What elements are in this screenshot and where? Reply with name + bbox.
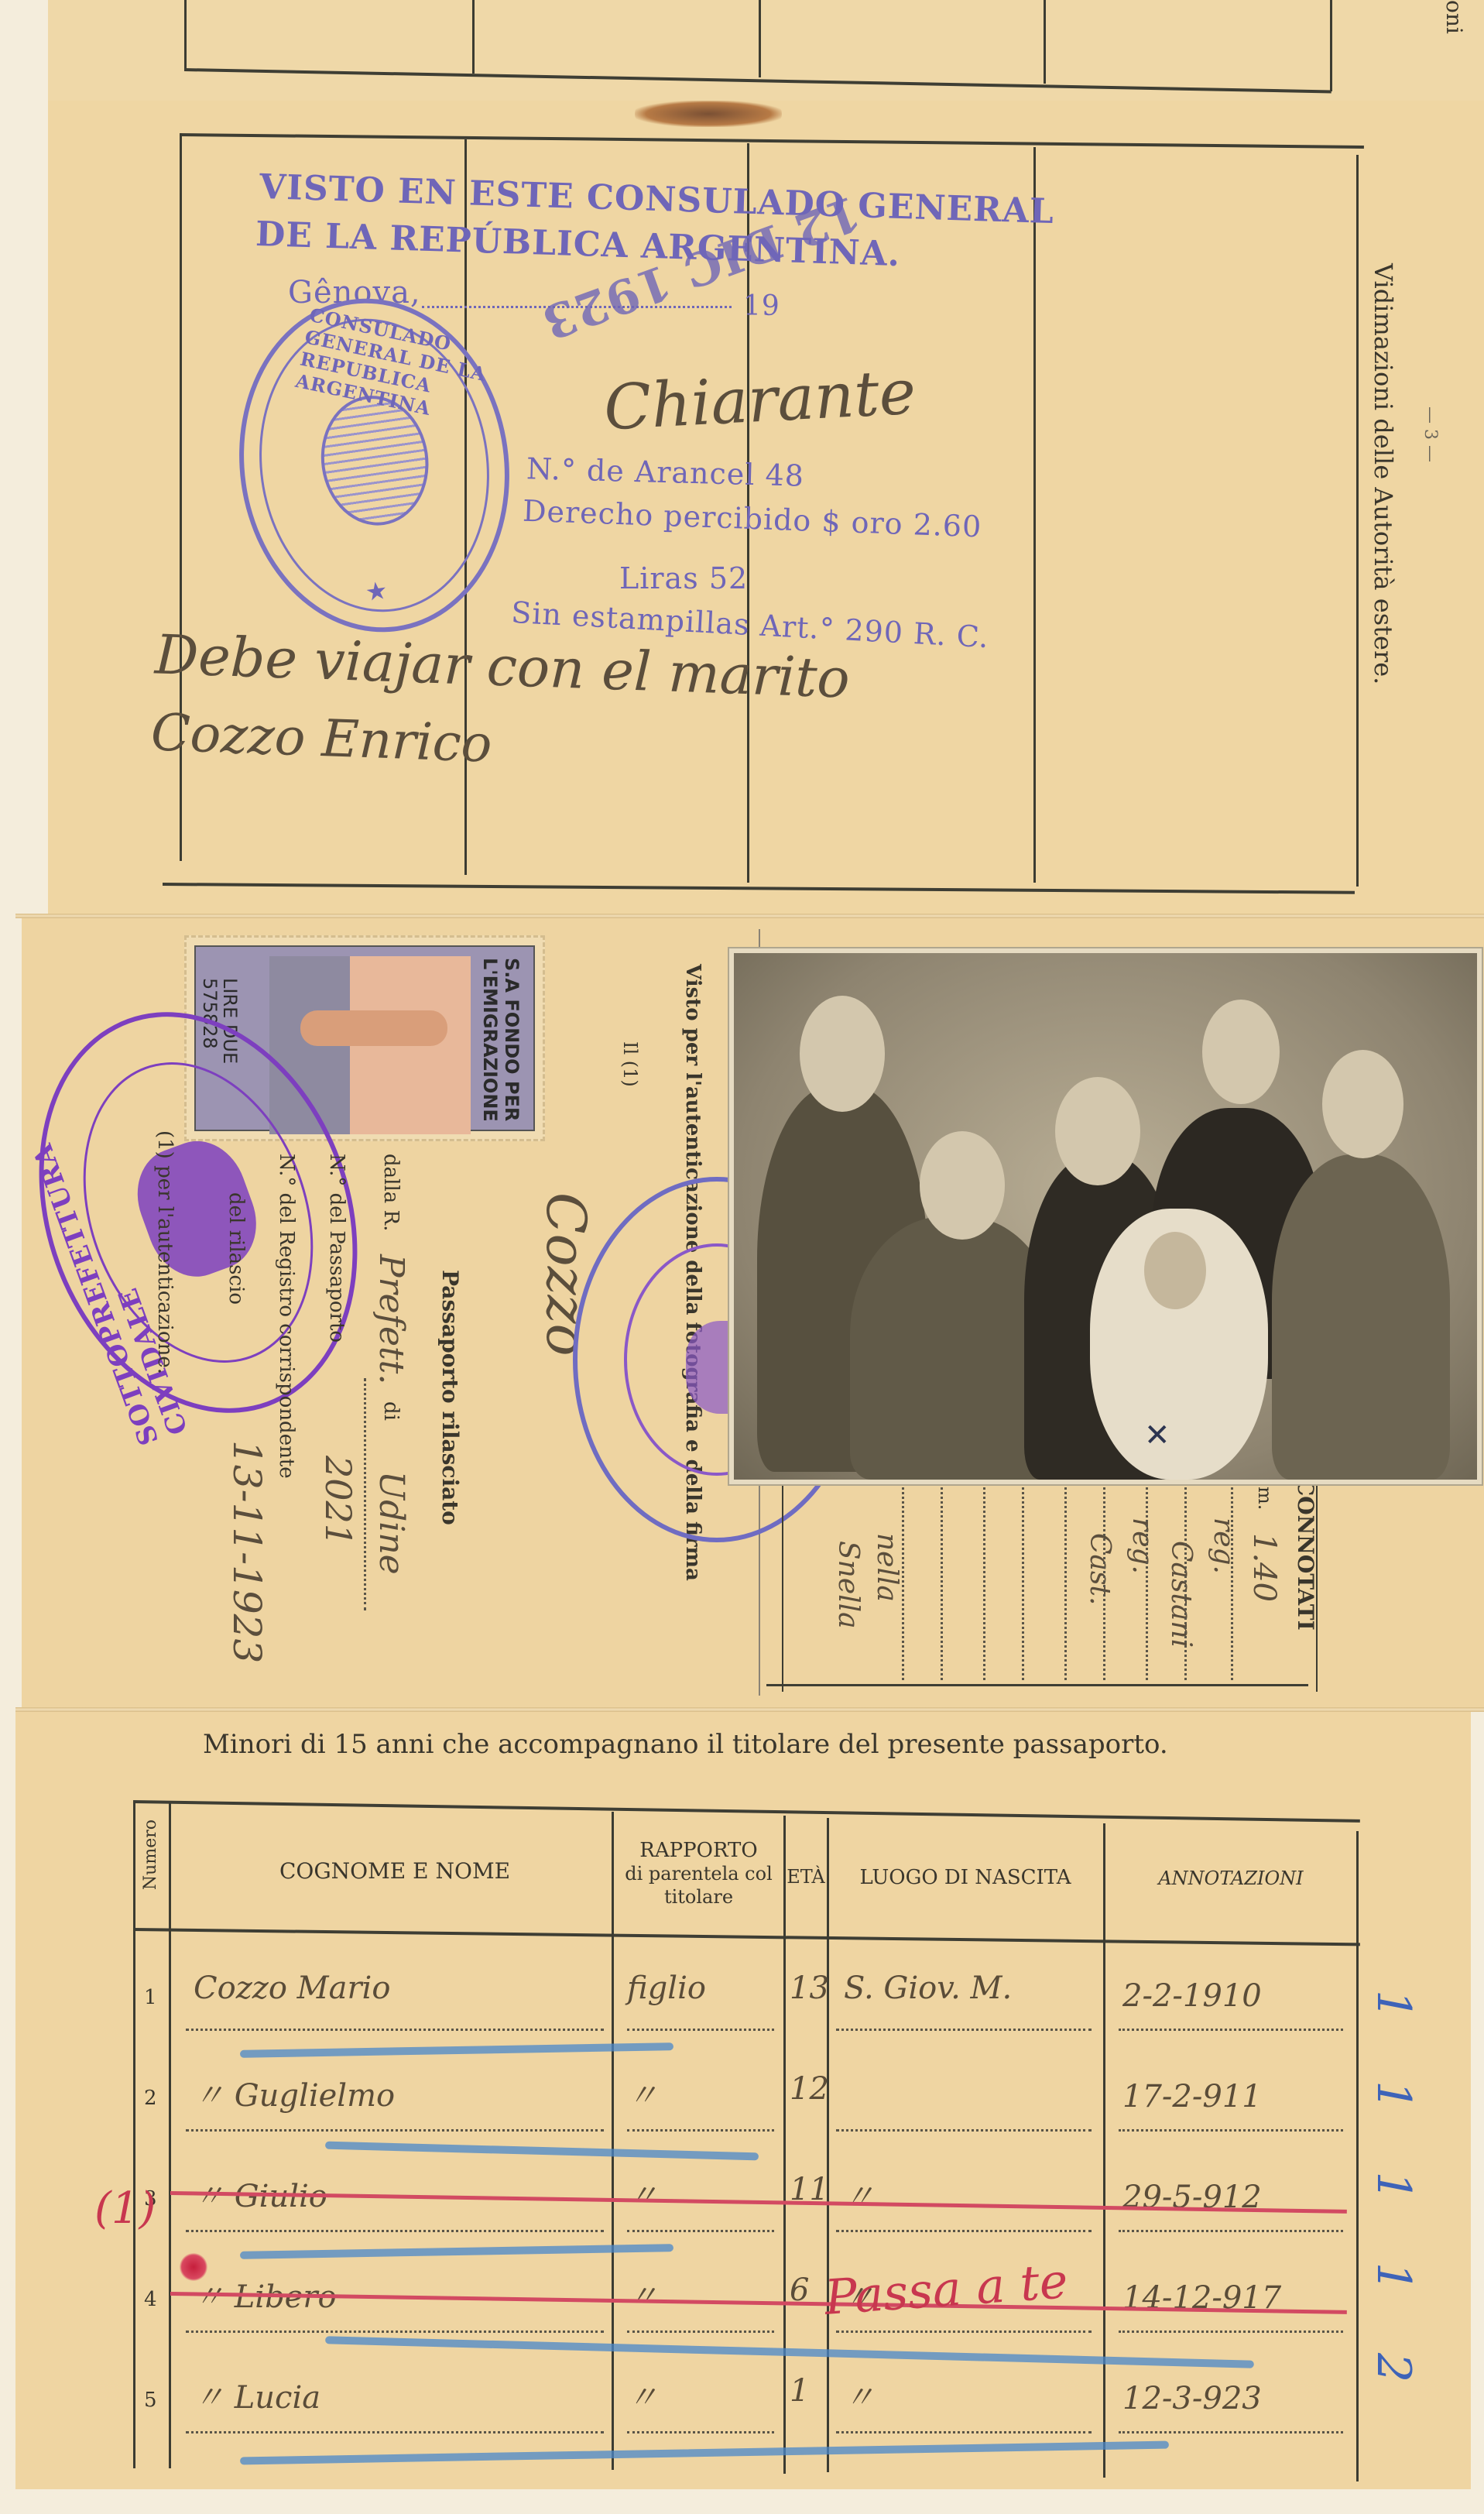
- field-line: [364, 1378, 366, 1610]
- page-fold: [15, 914, 1484, 918]
- cell-nome: Cozzo Mario: [194, 1970, 390, 2006]
- dalla-label: dalla R.: [379, 1154, 403, 1231]
- table-rule: [612, 1812, 614, 2470]
- star-icon: ★: [365, 577, 388, 605]
- person-head: [1322, 1050, 1403, 1158]
- row-dotted-line: [627, 2230, 774, 2232]
- field-line: [1022, 1479, 1024, 1680]
- row-dotted-line: [1119, 2331, 1343, 2333]
- connotati-row: nella: [871, 1533, 903, 1602]
- section-title-partial: oni: [1441, 0, 1467, 34]
- rilascio-label: del rilascio: [224, 1192, 248, 1305]
- registro-label: N.° del Registro corrispondente: [275, 1154, 298, 1479]
- cell-data: 2-2-1910: [1122, 1978, 1262, 2014]
- row-dotted-line: [1119, 2431, 1343, 2433]
- autenticazione-label: (1) per l'autenticazione.: [153, 1130, 177, 1374]
- field-line: [902, 1479, 904, 1680]
- baby-head: [1144, 1232, 1206, 1309]
- table-rule: [169, 1802, 171, 2468]
- cell-nome: 〃 Guglielmo: [194, 2071, 395, 2115]
- il-label: Il (1): [619, 1041, 641, 1087]
- person-head: [800, 996, 885, 1112]
- table-rule: [783, 1816, 786, 2474]
- minors-table-title: Minori di 15 anni che accompagnano il ti…: [203, 1729, 1168, 1760]
- column-header-numero: Numero: [141, 1819, 160, 1890]
- row-dotted-line: [186, 2230, 604, 2232]
- rapporto-title: RAPPORTO: [615, 1839, 782, 1862]
- person-head: [920, 1131, 1005, 1240]
- cell-eta: 12: [790, 2071, 829, 2107]
- table-rule: [1033, 147, 1036, 883]
- derecho-value: 2.60: [913, 507, 982, 544]
- row-number: 2: [144, 2087, 157, 2110]
- cell-data: 12-3-923: [1122, 2381, 1262, 2416]
- cell-luogo: 〃: [844, 2373, 875, 2417]
- cell-nome: 〃 Lucia: [194, 2373, 320, 2417]
- connotati-heading: CONNOTATI: [1293, 1479, 1318, 1631]
- visa-year-prefix: 19: [743, 290, 780, 322]
- row-dotted-line: [1119, 2029, 1343, 2031]
- column-header-luogo: LUOGO DI NASCITA: [830, 1866, 1101, 1889]
- row-dotted-line: [836, 2431, 1092, 2433]
- handwritten-note-line-2: Cozzo Enrico: [150, 702, 493, 773]
- liras-value: 52: [709, 561, 748, 595]
- row-dotted-line: [836, 2129, 1092, 2132]
- connotati-row: Snella: [832, 1541, 864, 1629]
- row-dotted-line: [186, 2331, 604, 2333]
- page-number: — 3 —: [1421, 406, 1440, 462]
- previous-page-strip: [48, 0, 1484, 101]
- cell-eta: 13: [790, 1970, 829, 2006]
- red-ink-blot: [180, 2253, 207, 2281]
- statura-label: m.: [1254, 1487, 1276, 1510]
- table-rule: [1330, 0, 1332, 91]
- di-value: Udine: [372, 1471, 411, 1575]
- arancel-value: 48: [765, 458, 804, 492]
- row-dotted-line: [186, 2431, 604, 2433]
- person-head: [1202, 1000, 1280, 1104]
- row-dotted-line: [186, 2129, 604, 2132]
- row-dotted-line: [186, 2029, 604, 2031]
- di-label: di: [379, 1401, 403, 1421]
- connotati-row: reg.: [1126, 1518, 1158, 1574]
- connotati-row: reg.: [1208, 1518, 1239, 1574]
- column-header-nome: COGNOME E NOME: [178, 1858, 612, 1884]
- rapporto-subtitle: di parentela col titolare: [615, 1862, 782, 1909]
- column-header-eta: ETÀ: [786, 1866, 826, 1888]
- page-fold: [15, 1707, 1484, 1712]
- cell-eta: 1: [790, 2373, 809, 2409]
- cell-rapporto: 〃: [627, 2172, 658, 2216]
- row-dotted-line: [836, 2331, 1092, 2333]
- row-dotted-line: [627, 2331, 774, 2333]
- table-rule: [782, 1475, 783, 1692]
- connotati-row: Cast.: [1084, 1533, 1116, 1605]
- rust-stain: [635, 101, 782, 127]
- row-dotted-line: [1119, 2230, 1343, 2232]
- cell-luogo: 〃: [844, 2172, 875, 2216]
- cell-luogo: S. Giov. M.: [844, 1970, 1012, 2006]
- row-dotted-line: [1119, 2129, 1343, 2132]
- row-number: 4: [144, 2288, 157, 2311]
- passport-issued-heading: Passaporto rilasciato: [437, 1270, 463, 1525]
- field-line: [1184, 1479, 1187, 1680]
- table-rule: [759, 0, 761, 77]
- person-figure: [1272, 1154, 1450, 1480]
- table-rule: [1103, 1823, 1105, 2478]
- row-dotted-line: [836, 2230, 1092, 2232]
- row-dotted-line: [836, 2029, 1092, 2031]
- table-rule: [827, 1818, 829, 2472]
- cell-rapporto: 〃: [627, 2071, 658, 2115]
- passport-number-value: 2021: [317, 1456, 359, 1546]
- row-dotted-line: [627, 2129, 774, 2132]
- field-line: [1146, 1479, 1148, 1680]
- person-head: [1055, 1077, 1140, 1185]
- table-rule: [472, 0, 475, 74]
- column-header-rapporto: RAPPORTO di parentela col titolare: [615, 1839, 782, 1909]
- figure-icon: [300, 1010, 447, 1046]
- photo-x-mark: ✕: [1144, 1418, 1170, 1453]
- margin-tally: 1 1 1 1 2: [1366, 1990, 1421, 2406]
- family-photo: ✕: [729, 948, 1482, 1484]
- row-number: 5: [144, 2389, 157, 2412]
- field-line: [941, 1479, 943, 1680]
- liras-label: Liras 52: [619, 561, 748, 595]
- row-dotted-line: [627, 2029, 774, 2031]
- column-header-annotazioni: ANNOTAZIONI: [1107, 1867, 1355, 1889]
- table-rule: [1356, 155, 1359, 887]
- side-title: Vidimazioni delle Autorità estere.: [1369, 263, 1398, 684]
- arancel-label: N.° de Arancel 48: [526, 451, 804, 492]
- passport-number-label: N.° del Passaporto: [325, 1154, 348, 1343]
- row-dotted-line: [627, 2431, 774, 2433]
- cell-rapporto: 〃: [627, 2373, 658, 2417]
- cell-rapporto: figlio: [627, 1970, 706, 2006]
- table-rule: [133, 1802, 135, 2468]
- row-number: 1: [144, 1986, 157, 2009]
- rilascio-value: 13-11-1923: [224, 1440, 269, 1663]
- table-rule: [1044, 0, 1046, 84]
- field-line: [1103, 1479, 1105, 1680]
- connotati-row: Castani: [1165, 1541, 1197, 1648]
- table-rule: [184, 0, 187, 70]
- field-line: [983, 1479, 985, 1680]
- statura-value: 1.40: [1246, 1533, 1282, 1602]
- field-line: [1064, 1479, 1067, 1680]
- field-line: [1231, 1479, 1233, 1680]
- dalla-value: Prefett.: [372, 1254, 411, 1384]
- revenue-stamp-title: S.A FONDO PER L'EMIGRAZIONE: [479, 958, 523, 1130]
- cell-rapporto: 〃: [627, 2272, 658, 2317]
- cell-data: 17-2-911: [1122, 2079, 1262, 2114]
- table-rule: [1356, 1831, 1359, 2481]
- red-margin-mark: (1): [94, 2183, 156, 2234]
- table-rule: [766, 1684, 1308, 1686]
